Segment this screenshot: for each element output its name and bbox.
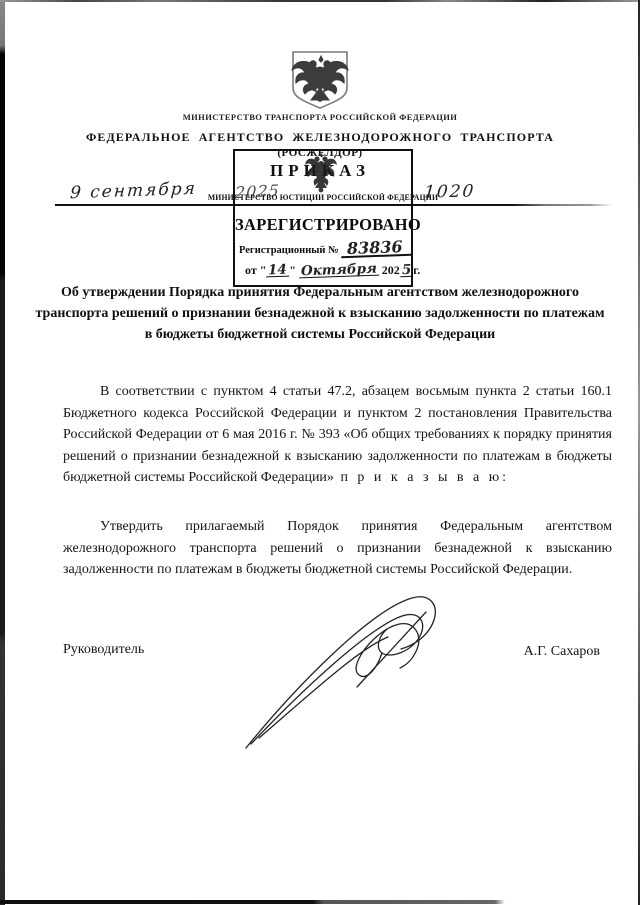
agency-name: ФЕДЕРАЛЬНОЕ АГЕНТСТВО ЖЕЛЕЗНОДОРОЖНОГО Т… bbox=[0, 130, 640, 145]
stamp-reg-number-label: Регистрационный № bbox=[239, 245, 339, 256]
handwritten-year: 2025 bbox=[235, 181, 281, 202]
stamp-date-month: Октября bbox=[299, 263, 379, 279]
stamp-date-suffix: г. bbox=[413, 263, 420, 277]
justice-ministry-eagle-icon bbox=[304, 150, 338, 194]
stamp-date-prefix: от " bbox=[245, 263, 266, 277]
stamp-date-day: 14 bbox=[266, 264, 289, 278]
stamp-date-quote: " bbox=[289, 263, 296, 277]
order-preamble-paragraph: В соответствии с пунктом 4 статьи 47.2, … bbox=[63, 381, 612, 489]
order-title: Об утверждении Порядка принятия Федераль… bbox=[32, 282, 608, 345]
stamp-date-year-handwritten: 5 bbox=[400, 264, 414, 277]
stamp-registration-number-line: Регистрационный № 83836 bbox=[239, 241, 409, 257]
stamp-date-line: от "14" Октября 2025г. bbox=[245, 263, 411, 278]
signer-position: Руководитель bbox=[63, 642, 144, 658]
stamp-date-year-printed: 202 bbox=[382, 263, 400, 277]
handwritten-signature bbox=[238, 584, 448, 756]
scan-edge-top bbox=[0, 0, 640, 2]
stamp-reg-number-value: 83836 bbox=[341, 240, 411, 258]
scan-edge-bottom bbox=[0, 900, 505, 904]
order-directive-paragraph: Утвердить прилагаемый Порядок принятия Ф… bbox=[63, 516, 612, 581]
signer-name: А.Г. Сахаров bbox=[524, 644, 600, 660]
scanned-order-document: МИНИСТЕРСТВО ТРАНСПОРТА РОССИЙСКОЙ ФЕДЕР… bbox=[0, 0, 640, 905]
russia-coat-of-arms-icon bbox=[283, 46, 357, 114]
stamp-registered-line: ЗАРЕГИСТРИРОВАНО bbox=[235, 215, 411, 235]
ministry-name: МИНИСТЕРСТВО ТРАНСПОРТА РОССИЙСКОЙ ФЕДЕР… bbox=[0, 112, 640, 122]
prikazyvayu-word: п р и к а з ы в а ю: bbox=[334, 470, 509, 485]
handwritten-date: 9 сентября bbox=[69, 179, 197, 203]
